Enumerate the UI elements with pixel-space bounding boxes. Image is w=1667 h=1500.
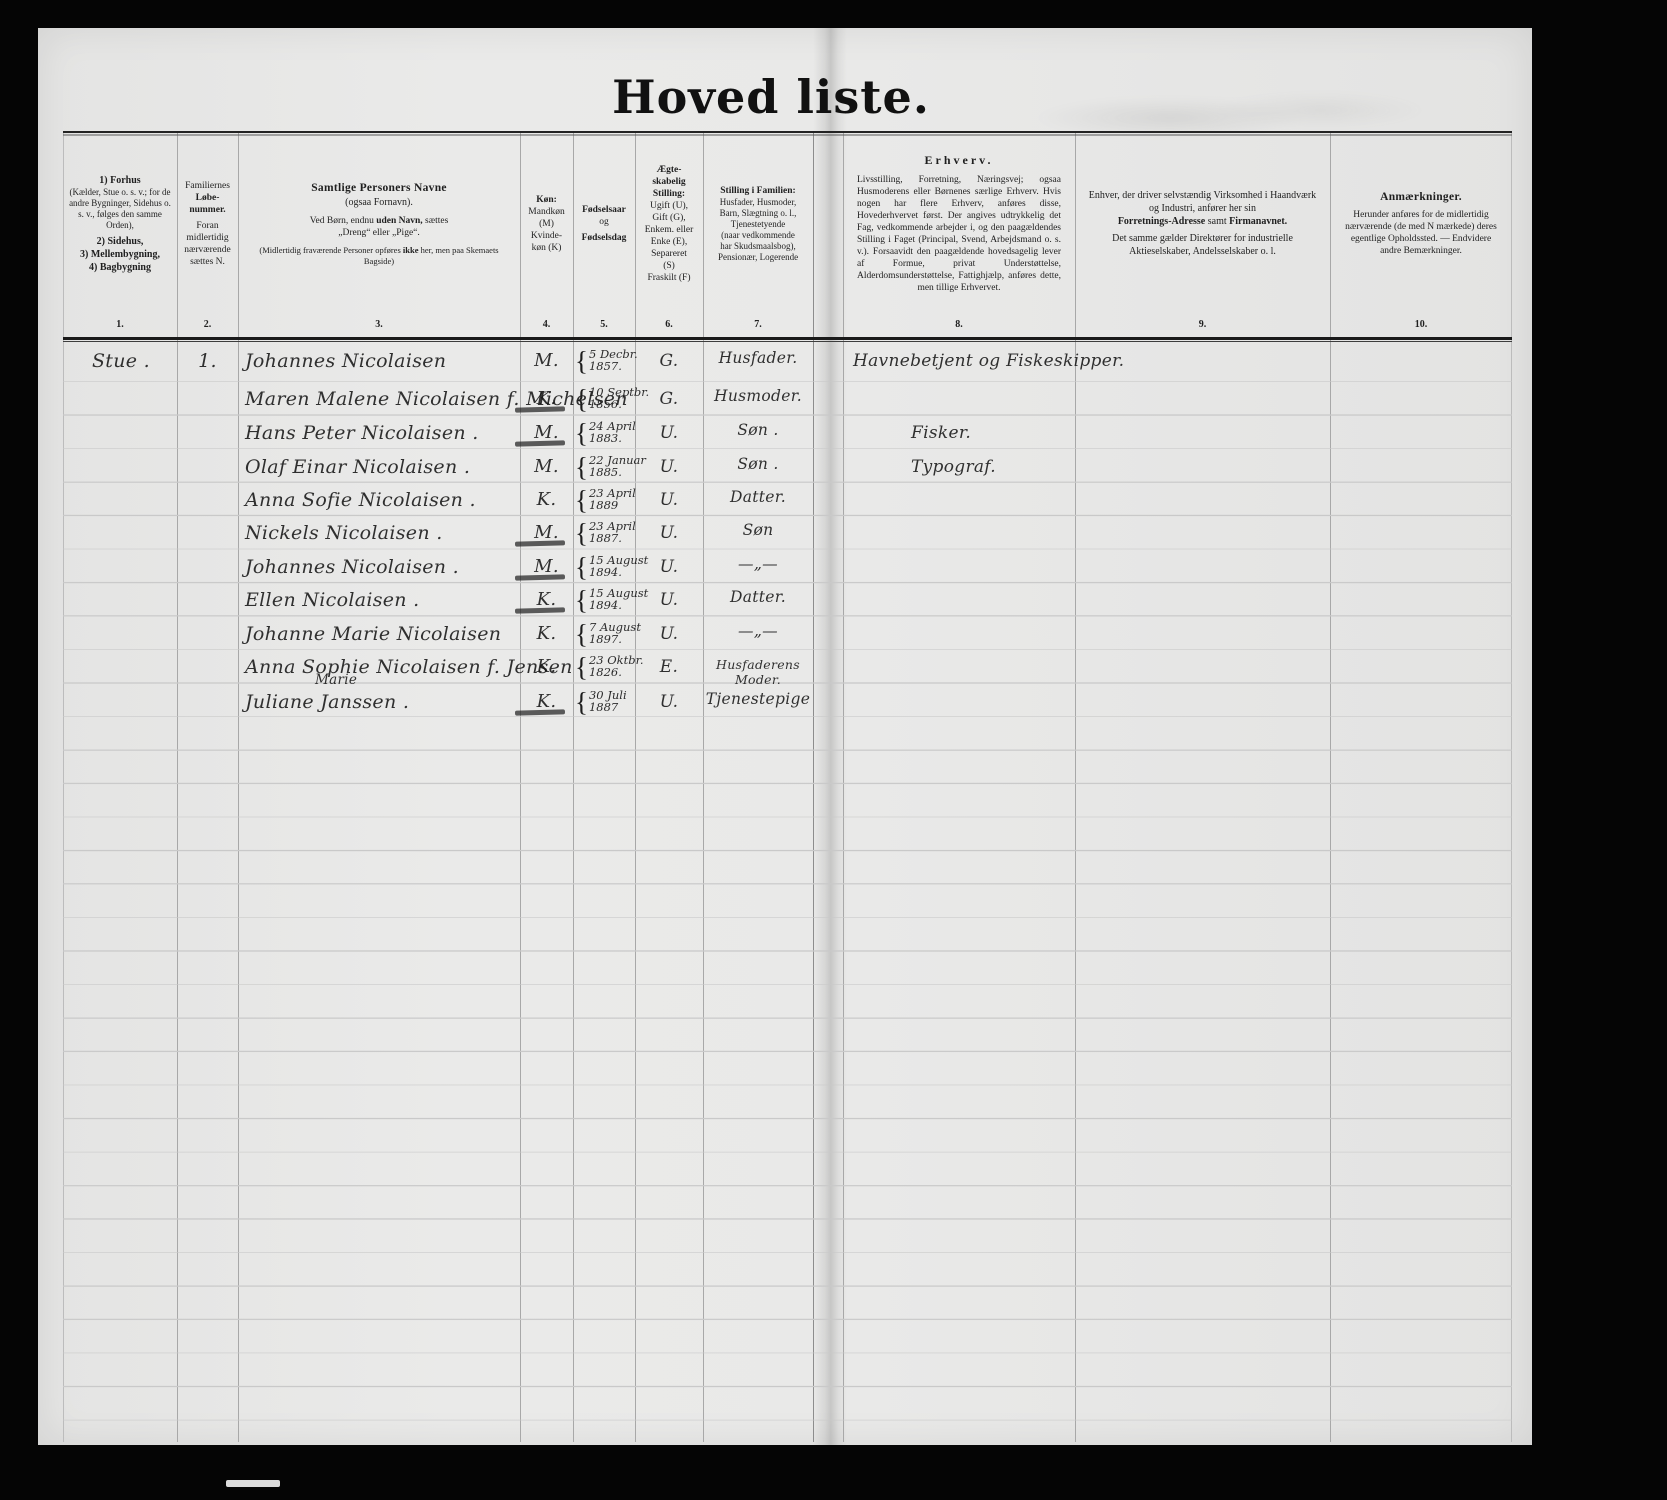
- marital-status-value: U.: [635, 452, 703, 482]
- date-brace-glyph: {: [575, 418, 588, 448]
- sex-value: K.: [520, 485, 573, 515]
- column-number: 10.: [1330, 311, 1512, 337]
- column-number: 8.: [843, 311, 1075, 337]
- occupation-value: Fisker.: [849, 418, 1137, 448]
- person-name-cell: Johannes Nicolaisen: [245, 346, 521, 376]
- person-name-insertion: Marie: [315, 674, 357, 687]
- date-brace-glyph: {: [575, 384, 588, 414]
- family-position-value: Søn .: [703, 452, 813, 472]
- birthdate-cell: {15 August1894.: [575, 585, 635, 615]
- person-name-cell: Anna Sofie Nicolaisen .: [245, 485, 521, 515]
- birthdate-lines: 30 Juli1887: [589, 689, 627, 717]
- fold-spacer: [813, 311, 843, 337]
- family-position-value: Husfader.: [703, 346, 813, 366]
- birthdate-lines: 7 August1897.: [589, 621, 641, 649]
- scan-artifact: [226, 1480, 280, 1487]
- marital-status-value: U.: [635, 687, 703, 717]
- census-entry-row: Johanne Marie NicolaisenK.{7 August1897.…: [63, 619, 1512, 653]
- family-position-value: Husmoder.: [703, 384, 813, 404]
- date-brace-glyph: {: [575, 518, 588, 548]
- census-entry-row: Juliane Janssen .MarieK.{30 Juli1887U.Tj…: [63, 687, 1512, 721]
- column-header-family-position: Stilling i Familien: Husfader, Husmoder,…: [703, 136, 813, 311]
- marital-status-value: G.: [635, 346, 703, 376]
- family-position-value: —„—: [703, 552, 813, 572]
- family-position-value: Søn .: [703, 418, 813, 438]
- birthdate-cell: {24 April1883.: [575, 418, 635, 448]
- date-brace-glyph: {: [575, 485, 588, 515]
- sex-value: K.: [520, 652, 573, 682]
- marital-status-value: U.: [635, 585, 703, 615]
- fold-spacer: [813, 136, 843, 311]
- column-number: 9.: [1075, 311, 1330, 337]
- census-entry-row: Johannes Nicolaisen .M.{15 August1894.U.…: [63, 552, 1512, 586]
- census-table: 1) Forhus (Kælder, Stue o. s. v.; for de…: [63, 131, 1512, 1442]
- column-header-building: 1) Forhus (Kælder, Stue o. s. v.; for de…: [63, 136, 177, 311]
- birthdate-cell: {23 Oktbr.1826.: [575, 652, 635, 682]
- column-number-row: 1. 2. 3. 4. 5. 6. 7. 8. 9. 10.: [63, 311, 1512, 337]
- census-entry-row: Stue .1.Johannes NicolaisenM.{5 Decbr.18…: [63, 346, 1512, 380]
- column-header-business-address: Enhver, der driver selvstændig Virksomhe…: [1075, 136, 1330, 311]
- birthdate-lines: 23 April1887.: [589, 520, 636, 548]
- building-value: Stue .: [65, 346, 177, 376]
- page-title: Hoved liste.: [24, 70, 1518, 124]
- person-name: Nickels Nicolaisen .: [245, 518, 521, 548]
- birthdate-cell: {23 April1889: [575, 485, 635, 515]
- person-name: Ellen Nicolaisen .: [245, 585, 521, 615]
- table-top-rule: [63, 131, 1512, 136]
- person-name: Olaf Einar Nicolaisen .: [245, 452, 521, 482]
- sex-value: M.: [520, 346, 573, 376]
- entries-layer: Stue .1.Johannes NicolaisenM.{5 Decbr.18…: [63, 343, 1512, 1442]
- column-number: 1.: [63, 311, 177, 337]
- column-header-sex: Køn: Mandkøn (M) Kvinde- køn (K): [520, 136, 573, 311]
- marital-status-value: U.: [635, 418, 703, 448]
- birthdate-cell: {30 Juli1887: [575, 687, 635, 717]
- date-brace-glyph: {: [575, 552, 588, 582]
- occupation-value: Typograf.: [849, 452, 1137, 482]
- person-name-cell: Ellen Nicolaisen .: [245, 585, 521, 615]
- marital-status-value: E.: [635, 652, 703, 682]
- column-number: 6.: [635, 311, 703, 337]
- marital-status-value: U.: [635, 485, 703, 515]
- person-name-cell: Olaf Einar Nicolaisen .: [245, 452, 521, 482]
- family-position-value: —„—: [703, 619, 813, 639]
- column-header-occupation: Erhverv. Livsstilling, Forretning, Nærin…: [843, 136, 1075, 311]
- census-entry-row: Anna Sofie Nicolaisen .K.{23 April1889U.…: [63, 485, 1512, 519]
- person-name-cell: Nickels Nicolaisen .: [245, 518, 521, 548]
- column-number: 4.: [520, 311, 573, 337]
- column-number: 2.: [177, 311, 238, 337]
- birthdate-cell: {7 August1897.: [575, 619, 635, 649]
- family-position-value: Datter.: [703, 585, 813, 605]
- birth-year: 1889: [589, 499, 636, 511]
- person-name-cell: Juliane Janssen .Marie: [245, 687, 521, 717]
- family-position-value: Søn: [703, 518, 813, 538]
- family-number-value: 1.: [177, 346, 238, 376]
- person-name: Johannes Nicolaisen .: [245, 552, 521, 582]
- birthdate-cell: {10 Septbr.1856.: [575, 384, 635, 414]
- column-header-names: Samtlige Personers Navne (ogsaa Fornavn)…: [238, 136, 520, 311]
- date-brace-glyph: {: [575, 452, 588, 482]
- birthdate-cell: {23 April1887.: [575, 518, 635, 548]
- column-header-remarks: Anmærkninger. Herunder anføres for de mi…: [1330, 136, 1512, 311]
- date-brace-glyph: {: [575, 687, 588, 717]
- person-name: Maren Malene Nicolaisen f. Michelsen: [245, 384, 521, 414]
- column-number: 7.: [703, 311, 813, 337]
- person-name: Johannes Nicolaisen: [245, 346, 521, 376]
- occupation-value: Havnebetjent og Fiskeskipper.: [849, 346, 1079, 376]
- birthdate-cell: {15 August1894.: [575, 552, 635, 582]
- census-entry-row: Anna Sophie Nicolaisen f. JensenK.{23 Ok…: [63, 652, 1512, 686]
- marital-status-value: U.: [635, 619, 703, 649]
- person-name-cell: Johanne Marie Nicolaisen: [245, 619, 521, 649]
- person-name-cell: Anna Sophie Nicolaisen f. Jensen: [245, 652, 521, 682]
- marital-status-value: U.: [635, 518, 703, 548]
- census-entry-row: Ellen Nicolaisen .K.{15 August1894.U.Dat…: [63, 585, 1512, 619]
- census-entry-row: Maren Malene Nicolaisen f. MichelsenK.{1…: [63, 384, 1512, 418]
- birth-year: 1857.: [589, 360, 638, 372]
- column-header-birthdate: Fødselsaar og Fødselsdag: [573, 136, 635, 311]
- birthdate-lines: 24 April1883.: [589, 420, 636, 448]
- birth-year: 1883.: [589, 432, 636, 444]
- column-header-family-number: Familiernes Løbe- nummer. Foran midlerti…: [177, 136, 238, 311]
- birth-year: 1897.: [589, 633, 641, 645]
- date-brace-glyph: {: [575, 585, 588, 615]
- census-entry-row: Olaf Einar Nicolaisen .M.{22 Januar1885.…: [63, 452, 1512, 486]
- marital-status-value: G.: [635, 384, 703, 414]
- family-position-value: Husfaderens Moder.: [703, 652, 813, 687]
- date-brace-glyph: {: [575, 346, 588, 376]
- birthdate-lines: 23 April1889: [589, 487, 636, 515]
- person-name: Anna Sophie Nicolaisen f. Jensen: [245, 652, 521, 682]
- person-name: Johanne Marie Nicolaisen: [245, 619, 521, 649]
- person-name: Anna Sofie Nicolaisen .: [245, 485, 521, 515]
- sex-value: K.: [520, 619, 573, 649]
- column-number: 3.: [238, 311, 520, 337]
- date-brace-glyph: {: [575, 652, 588, 682]
- census-form-page: Hoved liste. 1) Forhus (Kælder, Stue o. …: [38, 28, 1532, 1445]
- column-number: 5.: [573, 311, 635, 337]
- person-name-cell: Hans Peter Nicolaisen .: [245, 418, 521, 448]
- birth-year: 1887.: [589, 532, 636, 544]
- birthdate-lines: 5 Decbr.1857.: [589, 348, 638, 376]
- birthdate-cell: {5 Decbr.1857.: [575, 346, 635, 376]
- census-entry-row: Hans Peter Nicolaisen .M.{24 April1883.U…: [63, 418, 1512, 452]
- person-name: Hans Peter Nicolaisen .: [245, 418, 521, 448]
- birthdate-cell: {22 Januar1885.: [575, 452, 635, 482]
- person-name: Juliane Janssen .: [245, 687, 521, 717]
- family-position-value: Datter.: [703, 485, 813, 505]
- date-brace-glyph: {: [575, 619, 588, 649]
- census-entry-row: Nickels Nicolaisen .M.{23 April1887.U.Sø…: [63, 518, 1512, 552]
- table-header-row: 1) Forhus (Kælder, Stue o. s. v.; for de…: [63, 136, 1512, 311]
- family-position-value: Tjenestepige: [703, 687, 813, 707]
- sex-value: M.: [520, 452, 573, 482]
- person-name-cell: Johannes Nicolaisen .: [245, 552, 521, 582]
- scanned-census-sheet: Hoved liste. 1) Forhus (Kælder, Stue o. …: [0, 0, 1667, 1500]
- marital-status-value: U.: [635, 552, 703, 582]
- person-name-cell: Maren Malene Nicolaisen f. Michelsen: [245, 384, 521, 414]
- birth-year: 1887: [589, 701, 627, 713]
- column-header-marital-status: Ægte- skabelig Stilling: Ugift (U), Gift…: [635, 136, 703, 311]
